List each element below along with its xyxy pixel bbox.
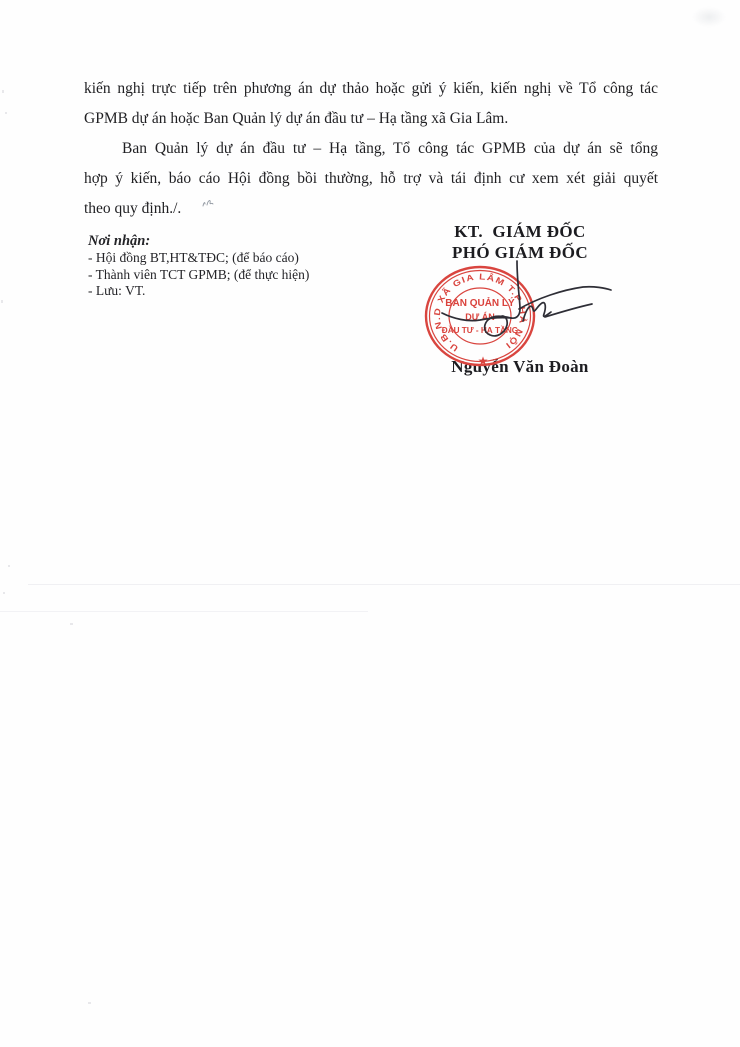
scan-artifact-smudge xyxy=(692,7,726,27)
seal-center-line1: BAN QUẢN LÝ xyxy=(445,296,515,309)
recipients-block: Nơi nhận: - Hội đồng BT,HT&TĐC; (để báo … xyxy=(88,233,309,299)
official-red-seal: U.B.N.D XÃ GIA LÂM T.P HÀ NỘI BAN QUẢN L… xyxy=(405,250,665,380)
scan-artifact-line xyxy=(28,584,740,585)
scan-speck xyxy=(88,1002,91,1004)
scan-speck xyxy=(1,300,3,303)
scan-speck xyxy=(70,623,73,625)
body-line: hợp ý kiến, báo cáo Hội đồng bồi thường,… xyxy=(84,164,658,194)
pen-initial-mark xyxy=(201,196,217,210)
recipient-item: - Lưu: VT. xyxy=(88,283,309,299)
scan-speck xyxy=(3,592,5,594)
body-text: kiến nghị trực tiếp trên phương án dự th… xyxy=(84,74,658,224)
scan-speck xyxy=(5,112,7,114)
recipient-item: - Thành viên TCT GPMB; (để thực hiện) xyxy=(88,267,309,283)
seal-star: ★ xyxy=(478,354,489,368)
scan-speck xyxy=(2,90,4,93)
body-line: kiến nghị trực tiếp trên phương án dự th… xyxy=(84,74,658,104)
scanned-document-page: kiến nghị trực tiếp trên phương án dự th… xyxy=(0,0,740,1047)
body-line: Ban Quản lý dự án đầu tư – Hạ tầng, Tổ c… xyxy=(84,134,658,164)
recipients-heading: Nơi nhận: xyxy=(88,233,309,249)
scan-speck xyxy=(8,565,10,567)
body-line: GPMB dự án hoặc Ban Quản lý dự án đầu tư… xyxy=(84,104,658,134)
recipient-item: - Hội đồng BT,HT&TĐC; (để báo cáo) xyxy=(88,250,309,266)
scan-artifact-line xyxy=(0,611,368,612)
signer-position-line1: KT. GIÁM ĐỐC xyxy=(413,221,627,242)
body-line: theo quy định./. xyxy=(84,194,658,224)
